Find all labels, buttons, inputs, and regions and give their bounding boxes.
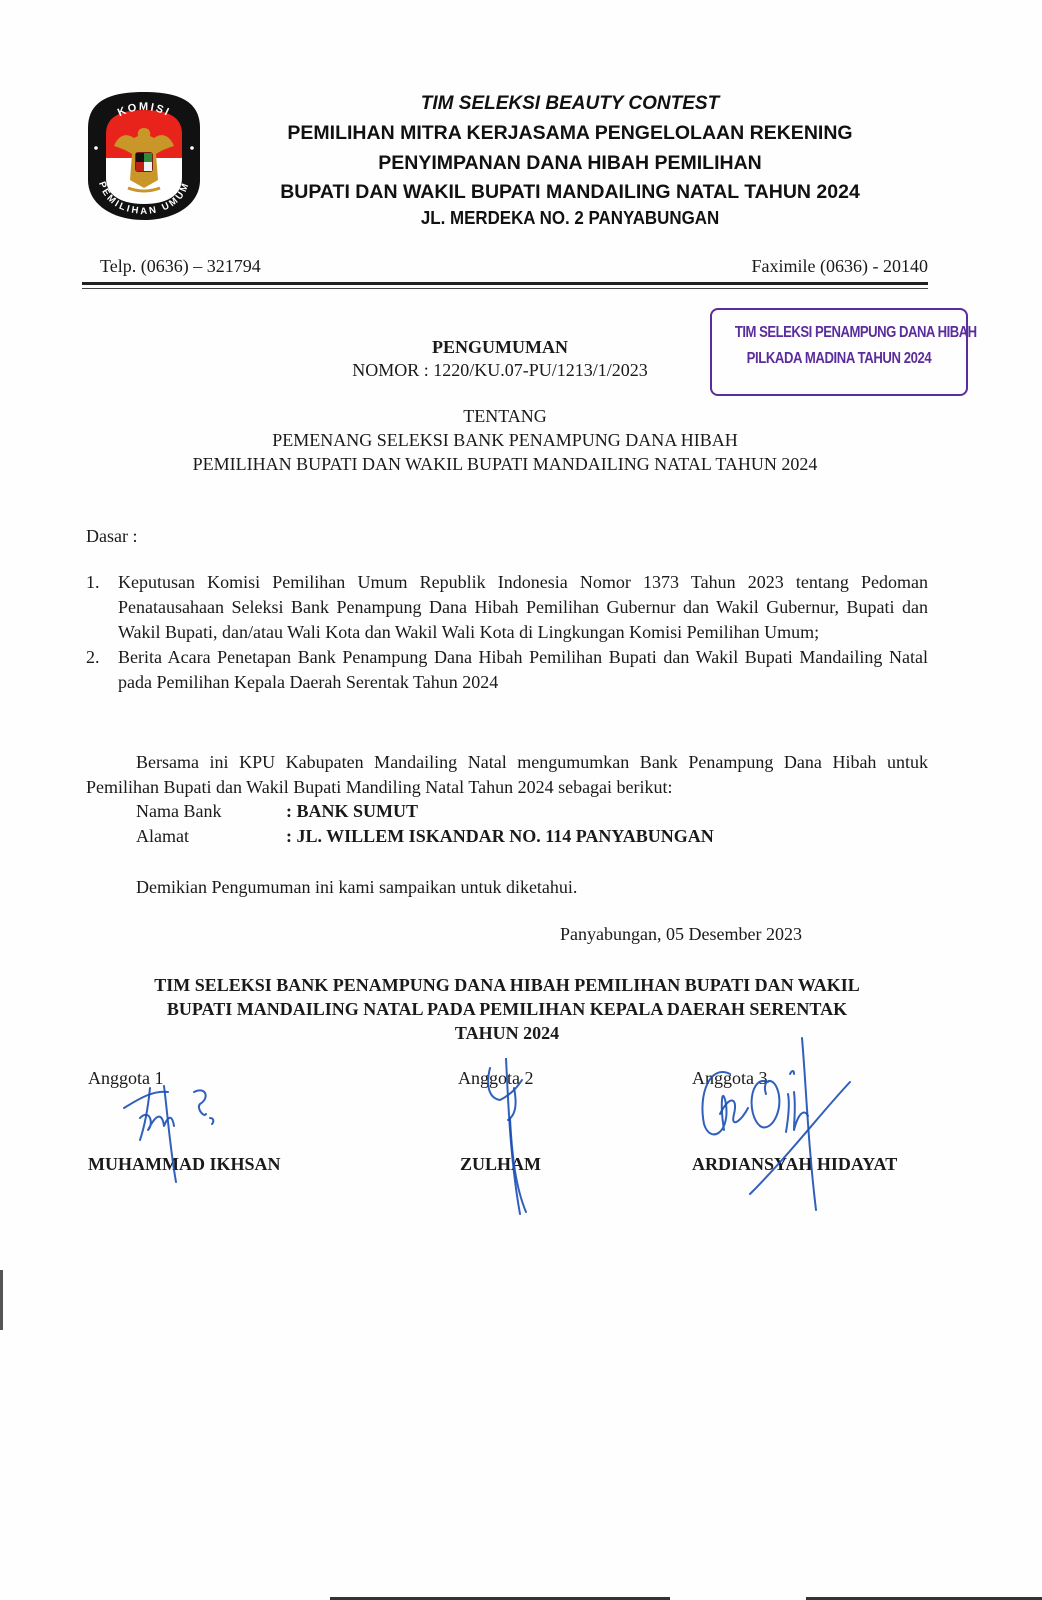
fax-number: Faximile (0636) - 20140 [752, 256, 928, 277]
committee-stamp: TIM SELEKSI PENAMPUNG DANA HIBAH PILKADA… [710, 308, 968, 396]
announcement-heading: PENGUMUMAN [320, 337, 680, 358]
basis-item-number: 1. [86, 570, 118, 645]
stamp-line-1: TIM SELEKSI PENAMPUNG DANA HIBAH [735, 324, 943, 342]
letterhead-line-2: PENYIMPANAN DANA HIBAH PEMILIHAN [210, 152, 930, 175]
basis-item-text: Keputusan Komisi Pemilihan Umum Republik… [118, 570, 928, 645]
kpu-logo: KOMISI PEMILIHAN UMUM [84, 88, 204, 224]
basis-list: 1. Keputusan Komisi Pemilihan Umum Repub… [86, 570, 928, 695]
announcement-subject-1: PEMENANG SELEKSI BANK PENAMPUNG DANA HIB… [0, 430, 1010, 451]
phone-number: Telp. (0636) – 321794 [100, 256, 261, 277]
bank-name-value: : BANK SUMUT [286, 801, 418, 821]
signatory-name-1: MUHAMMAD IKHSAN [88, 1154, 280, 1175]
scan-edge-left [0, 1270, 3, 1330]
team-title-line-1: TIM SELEKSI BANK PENAMPUNG DANA HIBAH PE… [86, 973, 928, 997]
signatory-role-2: Anggota 2 [458, 1068, 534, 1089]
letterhead-line-1: PEMILIHAN MITRA KERJASAMA PENGELOLAAN RE… [210, 122, 930, 145]
signatory-name-3: ARDIANSYAH HIDAYAT [692, 1154, 897, 1175]
bank-address-label: Alamat [136, 826, 286, 847]
place-and-date: Panyabungan, 05 Desember 2023 [560, 924, 802, 945]
closing-sentence: Demikian Pengumuman ini kami sampaikan u… [136, 877, 577, 898]
basis-item-text: Berita Acara Penetapan Bank Penampung Da… [118, 645, 928, 695]
letterhead-rule-thin [82, 288, 928, 289]
signatory-role-3: Anggota 3 [692, 1068, 768, 1089]
stamp-line-2: PILKADA MADINA TAHUN 2024 [735, 350, 943, 368]
selection-team-title: TIM SELEKSI BANK PENAMPUNG DANA HIBAH PE… [86, 973, 928, 1045]
announcement-paragraph: Bersama ini KPU Kabupaten Mandailing Nat… [86, 750, 928, 800]
signatory-role-1: Anggota 1 [88, 1068, 164, 1089]
basis-label: Dasar : [86, 524, 137, 549]
signatory-name-2: ZULHAM [460, 1154, 541, 1175]
announcement-number: NOMOR : 1220/KU.07-PU/1213/1/2023 [320, 360, 680, 381]
basis-item: 1. Keputusan Komisi Pemilihan Umum Repub… [86, 570, 928, 645]
signature-3 [690, 1034, 870, 1214]
bank-address-value: : JL. WILLEM ISKANDAR NO. 114 PANYABUNGA… [286, 826, 714, 846]
letterhead-committee: TIM SELEKSI BEAUTY CONTEST [210, 93, 930, 115]
team-title-line-3: TAHUN 2024 [86, 1021, 928, 1045]
announcement-about: TENTANG [0, 406, 1010, 427]
basis-item: 2. Berita Acara Penetapan Bank Penampung… [86, 645, 928, 695]
bank-name-label: Nama Bank [136, 801, 286, 822]
bank-name-row: Nama Bank: BANK SUMUT [136, 801, 418, 822]
letterhead-line-3: BUPATI DAN WAKIL BUPATI MANDAILING NATAL… [210, 181, 930, 204]
basis-item-number: 2. [86, 645, 118, 695]
announcement-subject-2: PEMILIHAN BUPATI DAN WAKIL BUPATI MANDAI… [0, 454, 1010, 475]
team-title-line-2: BUPATI MANDAILING NATAL PADA PEMILIHAN K… [86, 997, 928, 1021]
letterhead-address: JL. MERDEKA NO. 2 PANYABUNGAN [232, 208, 909, 229]
letterhead-rule [82, 282, 928, 285]
bank-address-row: Alamat: JL. WILLEM ISKANDAR NO. 114 PANY… [136, 826, 714, 847]
